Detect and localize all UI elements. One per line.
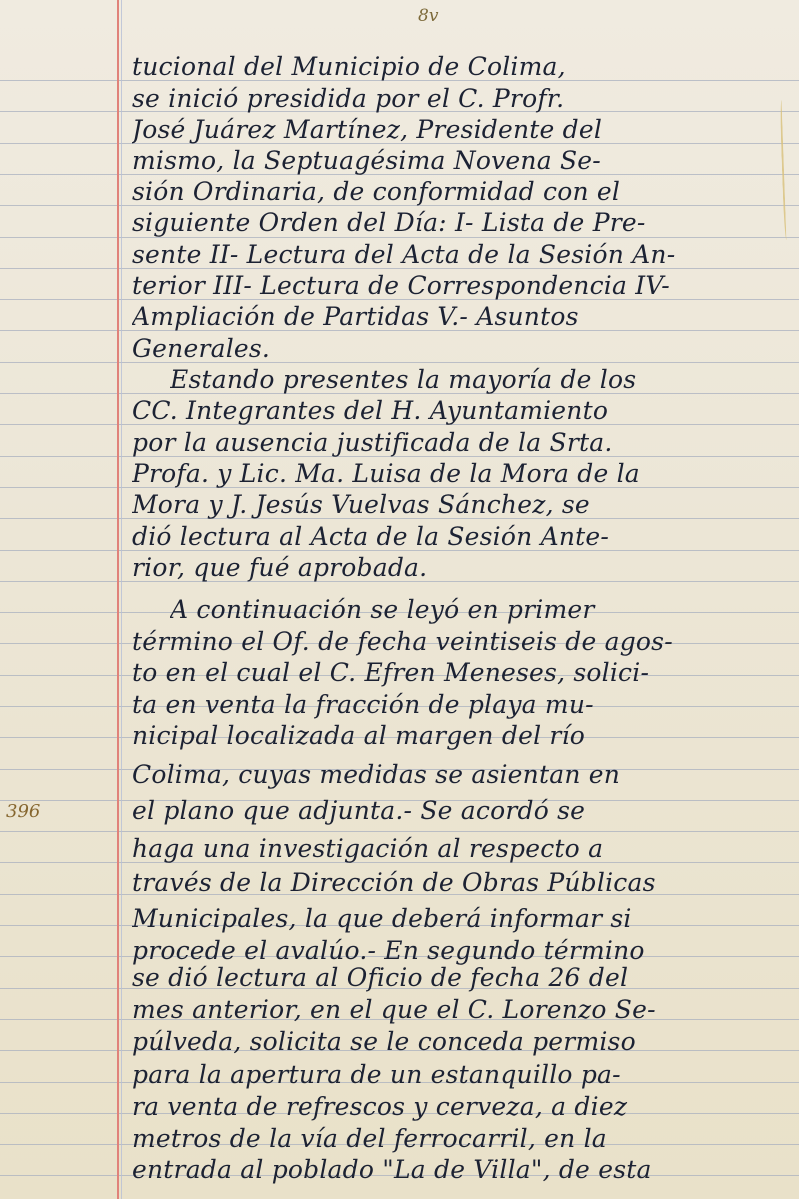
text-line: sión Ordinaria, de conformidad con el: [132, 177, 780, 207]
text-line: través de la Dirección de Obras Públicas: [132, 868, 780, 898]
binding-thread: [780, 100, 790, 240]
text-line: tucional del Municipio de Colima,: [132, 52, 780, 82]
text-line: siguiente Orden del Día: I- Lista de Pre…: [132, 208, 780, 238]
text-line: ta en venta la fracción de playa mu-: [132, 690, 780, 720]
text-line: mes anterior, en el que el C. Lorenzo Se…: [132, 995, 780, 1025]
text-line: Municipales, la que deberá informar si: [132, 904, 780, 934]
ledger-page: 8v 396 tucional del Municipio de Colima,…: [0, 0, 799, 1199]
text-line: metros de la vía del ferrocarril, en la: [132, 1124, 780, 1154]
text-line: Profa. y Lic. Ma. Luisa de la Mora de la: [132, 459, 780, 489]
text-line: entrada al poblado "La de Villa", de est…: [132, 1155, 780, 1185]
text-line: púlveda, solicita se le conceda permiso: [132, 1027, 780, 1057]
text-line: Mora y J. Jesús Vuelvas Sánchez, se: [132, 490, 780, 520]
margin-annotation: 396: [6, 801, 40, 822]
text-line: se inició presidida por el C. Profr.: [132, 84, 780, 114]
text-line: se dió lectura al Oficio de fecha 26 del: [132, 963, 780, 993]
text-line: terior III- Lectura de Correspondencia I…: [132, 271, 780, 301]
text-line: José Juárez Martínez, Presidente del: [132, 115, 780, 145]
text-line: rior, que fué aprobada.: [132, 553, 780, 583]
text-line: haga una investigación al respecto a: [132, 834, 780, 864]
text-line: dió lectura al Acta de la Sesión Ante-: [132, 522, 780, 552]
text-line: procede el avalúo.- En segundo término: [132, 936, 780, 966]
margin-line-blue: [121, 0, 122, 1199]
text-line: término el Of. de fecha veintiseis de ag…: [132, 627, 780, 657]
text-line: Ampliación de Partidas V.- Asuntos: [132, 302, 780, 332]
margin-line-red: [117, 0, 119, 1199]
folio-number: 8v: [418, 6, 438, 26]
text-line: mismo, la Septuagésima Novena Se-: [132, 146, 780, 176]
paragraph-start-line: Estando presentes la mayoría de los: [170, 365, 780, 395]
text-line: para la apertura de un estanquillo pa-: [132, 1060, 780, 1090]
text-line: nicipal localizada al margen del río: [132, 721, 780, 751]
text-line: Colima, cuyas medidas se asientan en: [132, 760, 780, 790]
text-line: el plano que adjunta.- Se acordó se: [132, 796, 780, 826]
paragraph-start-line: A continuación se leyó en primer: [170, 595, 780, 625]
text-line: ra venta de refrescos y cerveza, a diez: [132, 1092, 780, 1122]
rule-line: [0, 831, 799, 832]
text-line: por la ausencia justificada de la Srta.: [132, 428, 780, 458]
text-line: Generales.: [132, 334, 780, 364]
text-line: CC. Integrantes del H. Ayuntamiento: [132, 396, 780, 426]
text-line: to en el cual el C. Efren Meneses, solic…: [132, 658, 780, 688]
text-line: sente II- Lectura del Acta de la Sesión …: [132, 240, 780, 270]
